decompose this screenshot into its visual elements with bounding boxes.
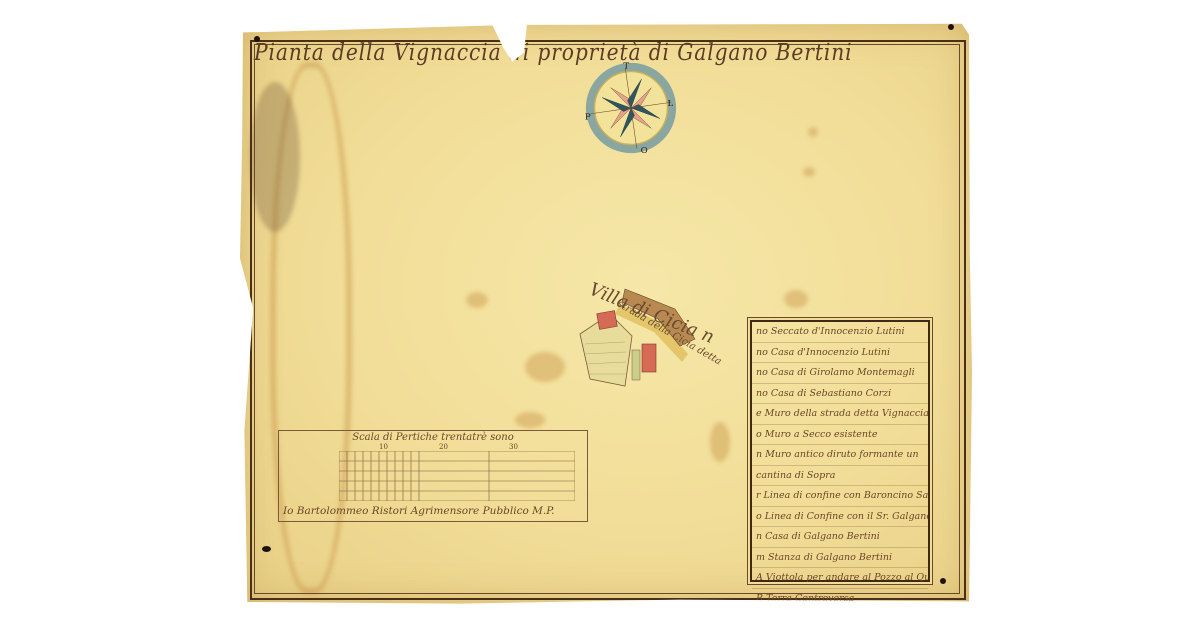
- legend-item: n Casa di Galgano Bertini: [752, 527, 928, 548]
- map-sheet: Pianta della Vignaccia di proprietà di G…: [240, 22, 972, 606]
- legend-item: o Linea di Confine con il Sr. Galgano: [752, 507, 928, 528]
- legend-item: no Casa di Girolamo Montemagli: [752, 363, 928, 384]
- svg-text:T: T: [623, 62, 629, 72]
- scale-bar: Scala di Pertiche trentatrè sono 10 20 3…: [278, 430, 588, 522]
- scale-title: Scala di Pertiche trentatrè sono: [279, 432, 587, 443]
- legend-item: no Casa di Sebastiano Corzi: [752, 384, 928, 405]
- legend-item: B Terra Controversa: [752, 589, 928, 610]
- pin-hole: [254, 36, 260, 42]
- legend-item: cantina di Sopra: [752, 466, 928, 487]
- legend-item: no Seccato d'Innocenzio Lutini: [752, 322, 928, 343]
- legend-item: o Muro a Secco esistente: [752, 425, 928, 446]
- scale-grid: [339, 451, 575, 501]
- legend-box: no Seccato d'Innocenzio Lutini no Casa d…: [750, 320, 930, 582]
- legend-item: n Muro antico diruto formante un: [752, 445, 928, 466]
- pin-hole: [262, 546, 271, 552]
- legend-item: no Casa d'Innocenzio Lutini: [752, 343, 928, 364]
- surveyor-signature: Io Bartolommeo Ristori Agrimensore Pubbl…: [283, 505, 555, 517]
- svg-text:P: P: [585, 113, 591, 123]
- pin-hole: [940, 578, 946, 584]
- compass-rose-icon: T L O P: [583, 60, 679, 156]
- map-title: Pianta della Vignaccia di proprietà di G…: [254, 40, 870, 68]
- pin-hole: [948, 24, 954, 30]
- legend-item: m Stanza di Galgano Bertini: [752, 548, 928, 569]
- svg-text:L: L: [667, 99, 673, 109]
- scale-tick: 30: [509, 443, 518, 451]
- scale-tick: 20: [439, 443, 448, 451]
- legend-item: e Muro della strada detta Vignaccia: [752, 404, 928, 425]
- scale-tick: 10: [379, 443, 388, 451]
- legend-item: A Viottola per andare al Pozzo al Quadro: [752, 568, 928, 589]
- legend-item: C Sasso Controverso di Galgano Bertini: [752, 609, 928, 628]
- svg-text:O: O: [641, 146, 648, 156]
- legend-item: r Linea di confine con Baroncino Santi: [752, 486, 928, 507]
